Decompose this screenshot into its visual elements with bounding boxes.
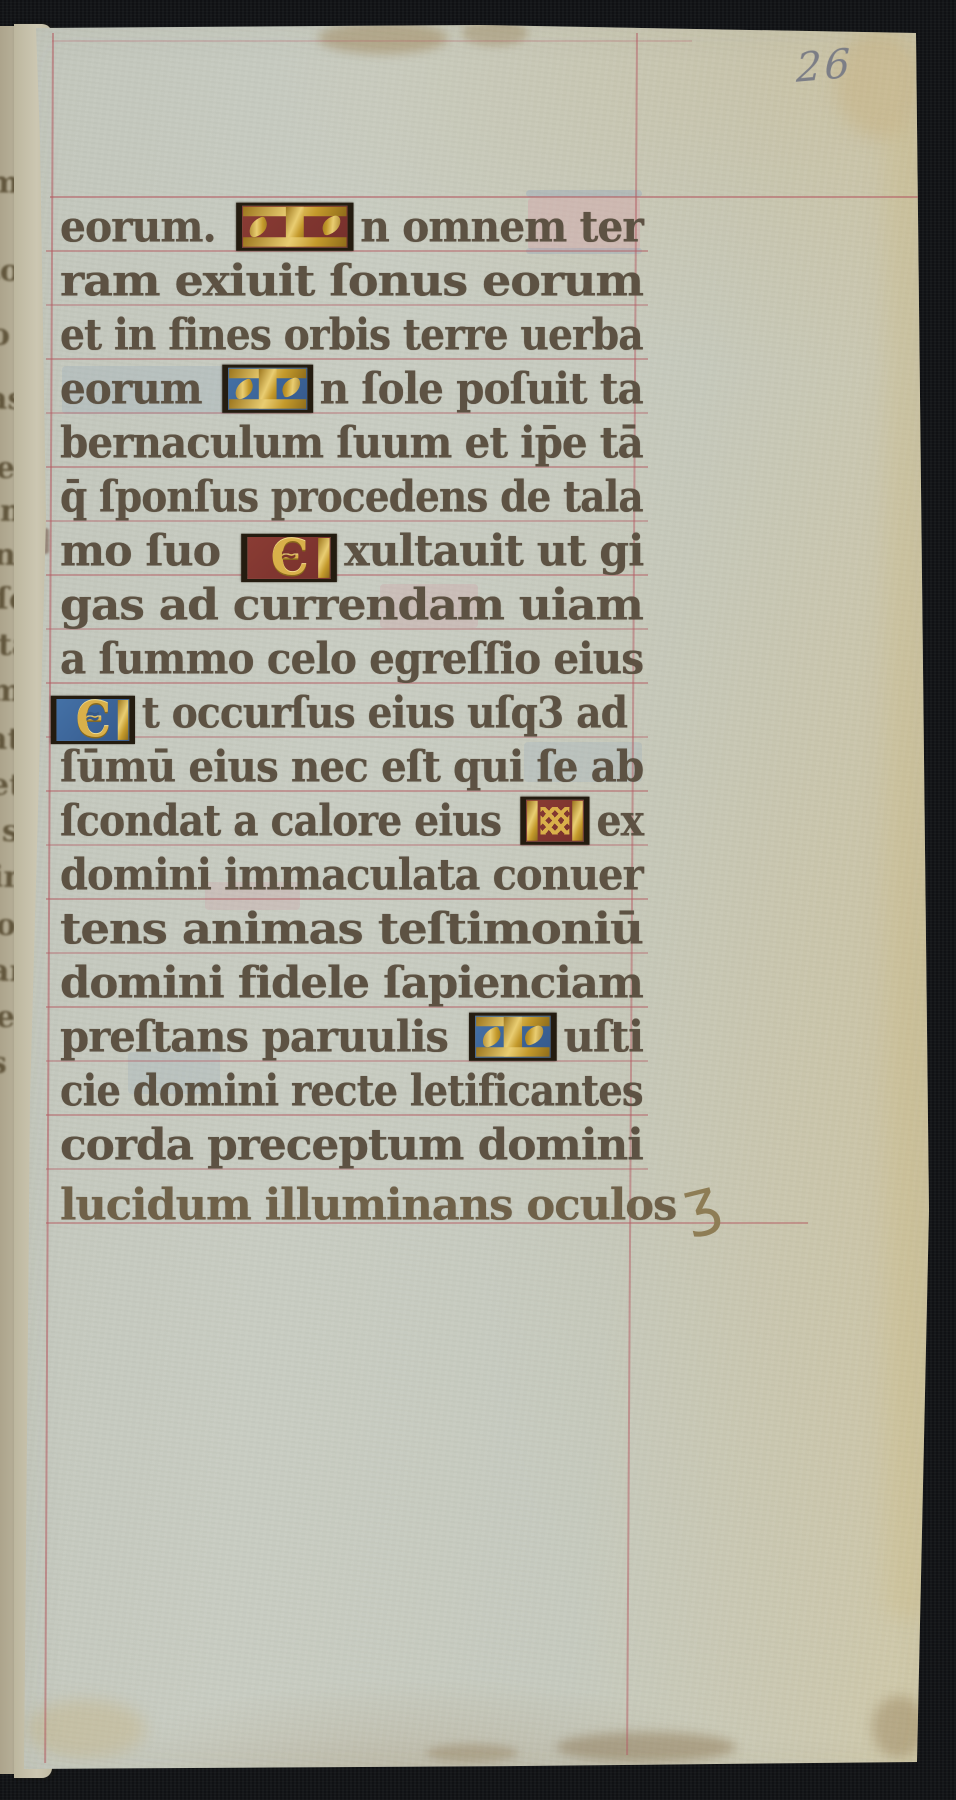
text-line-inner: corda preceptum domini [60,1119,643,1172]
text-run: uſti [563,1012,643,1062]
text-run: corda preceptum domini [60,1120,643,1170]
illuminated-initial-E: Є≈ [51,696,135,744]
text-line: lucidum illuminans oculosʒ [60,1172,780,1228]
text-run: domini fidele ſapienciam [60,958,643,1008]
text-line: domini immaculata conuer [60,848,780,904]
stain [556,1732,736,1762]
text-line: ram exiuit ſonus eorum [60,254,780,310]
text-line: ſcondat a calore eius ex [60,794,780,850]
illuminated-initial-I [469,1013,557,1061]
text-line-inner: ram exiuit ſonus eorum [60,255,643,308]
text-line-inner: Є≈t occurſus eius uſq3 ad [44,686,627,744]
ruling-line [52,40,692,42]
text-line-inner: preſtans paruulis uſti [60,1011,643,1064]
text-run: n omnem ter [360,202,643,252]
text-run: eorum. [60,202,229,252]
text-run: n ſole poſuit ta [320,364,643,414]
text-line-inner: ſūmū eius nec eſt qui ſe ab [60,741,643,794]
text-run: et in fines orbis terre uerba [60,310,643,360]
text-run: domini immaculata conuer [60,850,643,900]
text-line-inner: bernaculum ſuum et ip̄e tā [60,417,643,470]
text-line: a ſummo celo egreſſio eius [60,632,780,688]
stain [318,22,448,54]
text-line: cie domini recte letificantes [60,1064,780,1120]
text-line-inner: a ſummo celo egreſſio eius [60,633,643,686]
text-run: a ſummo celo egreſſio eius [60,634,643,684]
text-line-inner: lucidum illuminans oculosʒ [60,1172,715,1231]
text-line: preſtans paruulis uſti [60,1010,780,1066]
text-run: mo ſuo [60,525,234,575]
ruling-line [50,196,925,198]
pen-flourish: ʒ [678,1173,724,1232]
text-run: q̄ ſponſus procedens de tala [60,472,643,522]
text-run: ex [597,796,644,846]
text-run: t occurſus eius uſq3 ad [142,687,627,737]
text-run: gas ad currendam uiam [60,580,643,630]
text-line-inner: domini fidele ſapienciam [60,957,643,1010]
text-line: bernaculum ſuum et ip̄e tā [60,416,780,472]
text-line: domini fidele ſapienciam [60,956,780,1012]
text-line-inner: et in fines orbis terre uerba [60,309,643,362]
illuminated-initial-I [236,203,353,251]
text-line-inner: domini immaculata conuer [60,849,643,902]
illuminated-initial-L [521,797,590,845]
text-line: ſūmū eius nec eſt qui ſe ab [60,740,780,796]
illuminated-initial-E: Є≈ [241,534,337,582]
text-line: q̄ ſponſus procedens de tala [60,470,780,526]
text-run: bernaculum ſuum et ip̄e tā [60,418,643,468]
text-line: tens animas teſtimoniū [60,902,780,958]
manuscript-page: 26 eorum. n omnem terram exiuit ſonus eo… [0,0,956,1800]
text-line-inner: cie domini recte letificantes [60,1065,643,1118]
text-line-inner: gas ad currendam uiam [60,579,643,632]
illuminated-initial-I [222,365,313,413]
text-line: gas ad currendam uiam [60,578,780,634]
text-line-inner: tens animas teſtimoniū [60,903,643,956]
stain [426,1744,518,1762]
text-line: corda preceptum domini [60,1118,780,1174]
text-line: eorum. n omnem ter [60,200,780,256]
text-run: ſcondat a calore eius [60,796,514,846]
text-run: eorum [60,364,215,414]
text-line: Є≈t occurſus eius uſq3 ad [44,686,764,742]
text-run: ſūmū eius nec eſt qui ſe ab [60,742,643,792]
text-run: ram exiuit ſonus eorum [60,256,643,306]
folio-number-pencil: 26 [796,38,886,92]
text-run: cie domini recte letificantes [60,1066,643,1116]
text-line-inner: ſcondat a calore eius ex [60,795,643,848]
text-line-inner: q̄ ſponſus procedens de tala [60,471,643,524]
text-run: xultauit ut gi [344,525,643,575]
text-line: et in fines orbis terre uerba [60,308,780,364]
manuscript-photo: m ſcrto ſmo ctas aetmndſotam aataetasimo… [0,0,956,1800]
text-run: tens animas teſtimoniū [60,904,643,954]
text-line-inner: eorum n ſole poſuit ta [60,363,643,416]
text-line-inner: mo ſuo Є≈xultauit ut gi [60,524,643,582]
text-run: preſtans paruulis [60,1012,461,1062]
text-line: mo ſuo Є≈xultauit ut gi [60,524,780,580]
text-line: eorum n ſole poſuit ta [60,362,780,418]
text-run: lucidum illuminans oculos [60,1180,676,1230]
text-line-inner: eorum. n omnem ter [60,201,643,254]
